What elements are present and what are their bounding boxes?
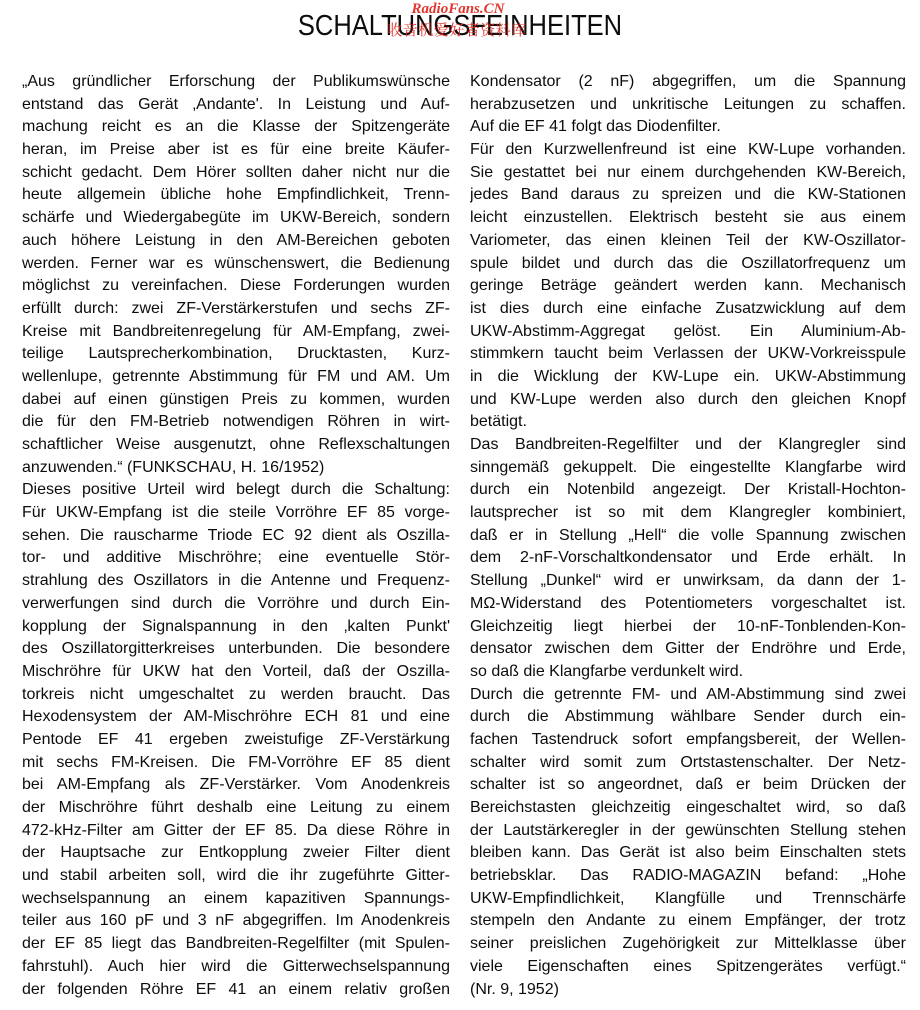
text-line: stempeln den Andante zu einem Empfänger,… [470,910,906,933]
text-line: schaftlicher Weise ausgenutzt, ohne Refl… [22,434,450,457]
page-title: SCHALTUNGSFEINHEITEN [55,10,865,42]
text-line: teilige Lautsprecherkombination, Druckta… [22,343,450,366]
text-line: geringe Beträge geändert werden kann. Me… [470,275,906,298]
text-line: 472-kHz-Filter am Gitter der EF 85. Da d… [22,820,450,843]
left-column: „Aus gründlicher Erforschung der Publiku… [22,71,450,1001]
text-line: Dieses positive Urteil wird belegt durch… [22,479,450,502]
text-line: sehen. Die rauscharme Triode EC 92 dient… [22,525,450,548]
text-line: bleiben kann. Das Gerät ist also beim Ei… [470,842,906,865]
text-line: sinngemäß gekuppelt. Die eingestellte Kl… [470,457,906,480]
text-line: der Hauptsache zur Entkopplung zweier Fi… [22,842,450,865]
text-line: jedes Band daraus zu spreizen und die KW… [470,184,906,207]
text-line: betätigt. [470,411,906,434]
text-line: seiner preislichen Zugehörigkeit zur Mit… [470,933,906,956]
text-line: und stabil arbeiten soll, wird die ihr z… [22,865,450,888]
text-line: wellenlupe, getrennte Abstimmung für FM … [22,366,450,389]
text-line: wechselspannung an einem kapazitiven Spa… [22,888,450,911]
text-line: durch ein Notenbild angezeigt. Der Krist… [470,479,906,502]
text-line: Gleichzeitig liegt hierbei der 10-nF-Ton… [470,616,906,639]
text-line: so daß die Klangfarbe verdunkelt wird. [470,661,906,684]
text-line: bei AM-Empfang als ZF-Verstärker. Vom An… [22,774,450,797]
text-line: des Oszillatorgitterkreises unterbunden.… [22,638,450,661]
text-line: der EF 85 liegt das Bandbreiten-Regelfil… [22,933,450,956]
text-line: entstand das Gerät ‚Andante'. In Leistun… [22,94,450,117]
text-line: viele Eigenschaften eines Spitzengerätes… [470,956,906,979]
text-line: Bereichstasten gleichzeitig eingeschalte… [470,797,906,820]
text-line: werden. Ferner war es wünschenswert, die… [22,253,450,276]
text-line: heran, im Preise aber ist es für eine br… [22,139,450,162]
text-line: fahrstuhl). Auch hier wird die Gitterwec… [22,956,450,979]
text-line: Mischröhre für UKW hat den Vorteil, daß … [22,661,450,684]
text-line: daß er in Stellung „Hell“ die volle Span… [470,525,906,548]
text-line: und KW-Lupe werden also durch den gleich… [470,389,906,412]
text-line: fachen Tastendruck sofort empfangsbereit… [470,729,906,752]
text-line: schalter wird somit zum Ortstastenschalt… [470,752,906,775]
text-line: UKW-Abstimm-Aggregat gelöst. Ein Alumini… [470,321,906,344]
text-line: densator zwischen dem Gitter der Endröhr… [470,638,906,661]
text-line: schärfe und Wiedergabegüte im UKW-Bereic… [22,207,450,230]
text-line: herabzusetzen und unkritische Leitungen … [470,94,906,117]
right-column: Kondensator (2 nF) abgegriffen, um die S… [470,71,906,1001]
text-line: heute allgemein übliche hohe Empfindlich… [22,184,450,207]
text-line: Stellung „Dunkel“ wird er unwirksam, da … [470,570,906,593]
text-line: lautsprecher ist so mit dem Klangregler … [470,502,906,525]
text-line: erfüllt durch: zwei ZF-Verstärkerstufen … [22,298,450,321]
text-line: leicht einzustellen. Elektrisch besteht … [470,207,906,230]
text-line: Durch die getrennte FM- und AM-Abstimmun… [470,684,906,707]
text-line: schalter ist so angeordnet, daß er beim … [470,774,906,797]
text-line: dem 2-nF-Vorschaltkondensator und Erde e… [470,547,906,570]
text-line: verwerfungen sind durch die Vorröhre und… [22,593,450,616]
text-line: der Mischröhre führt deshalb eine Leitun… [22,797,450,820]
text-line: dabei auf einen günstigen Preis zu komme… [22,389,450,412]
text-line: spule bildet und durch das die Oszillato… [470,253,906,276]
text-line: MΩ-Widerstand des Potentiometers vorgesc… [470,593,906,616]
text-line: tor- und additive Mischröhre; eine event… [22,547,450,570]
text-line: kopplung der Signalspannung in den ‚kalt… [22,616,450,639]
document-page: SCHALTUNGSFEINHEITEN RadioFans.CN 收音机爱好者… [0,0,920,1010]
text-line: stimmkern taucht beim Verlassen der UKW-… [470,343,906,366]
text-line: strahlung des Oszillators in die Antenne… [22,570,450,593]
text-line: Das Bandbreiten-Regelfilter und der Klan… [470,434,906,457]
text-line: teiler aus 160 pF und 3 nF abgegriffen. … [22,910,450,933]
text-line: die für den FM-Betrieb notwendigen Röhre… [22,411,450,434]
text-line: Kreise mit Bandbreitenregelung für AM-Em… [22,321,450,344]
text-line: der folgenden Röhre EF 41 an einem relat… [22,979,450,1002]
text-line: anzuwenden.“ (FUNKSCHAU, H. 16/1952) [22,457,450,480]
text-line: der Lautstärkeregler in der gewünschten … [470,820,906,843]
text-line: betriebsklar. Das RADIO-MAGAZIN befand: … [470,865,906,888]
text-line: ist dies durch eine einfache Zusatzwickl… [470,298,906,321]
text-line: Für den Kurzwellenfreund ist eine KW-Lup… [470,139,906,162]
text-line: auch höhere Leistung in den AM-Bereichen… [22,230,450,253]
text-line: (Nr. 9, 1952) [470,979,906,1002]
text-line: möglichst zu vereinfachen. Diese Forderu… [22,275,450,298]
text-line: UKW-Empfindlichkeit, Klangfülle und Tren… [470,888,906,911]
text-line: mit sechs FM-Kreisen. Die FM-Vorröhre EF… [22,752,450,775]
text-line: Pentode EF 41 ergeben zweistufige ZF-Ver… [22,729,450,752]
text-line: in die Wicklung der KW-Lupe ein. UKW-Abs… [470,366,906,389]
text-line: torkreis nicht umgeschaltet zu werden br… [22,684,450,707]
text-line: Kondensator (2 nF) abgegriffen, um die S… [470,71,906,94]
text-line: Auf die EF 41 folgt das Diodenfilter. [470,116,906,139]
text-line: „Aus gründlicher Erforschung der Publiku… [22,71,450,94]
text-line: Variometer, das einen kleinen Teil der K… [470,230,906,253]
text-line: durch die Abstimmung wählbare Sender dur… [470,706,906,729]
text-line: schicht gedacht. Dem Hörer sollten daher… [22,162,450,185]
text-line: Sie gestattet bei nur einem durchgehende… [470,162,906,185]
text-line: machung reicht es an die Klasse der Spit… [22,116,450,139]
text-line: Hexodensystem der AM-Mischröhre ECH 81 u… [22,706,450,729]
text-line: Für UKW-Empfang ist die steile Vorröhre … [22,502,450,525]
